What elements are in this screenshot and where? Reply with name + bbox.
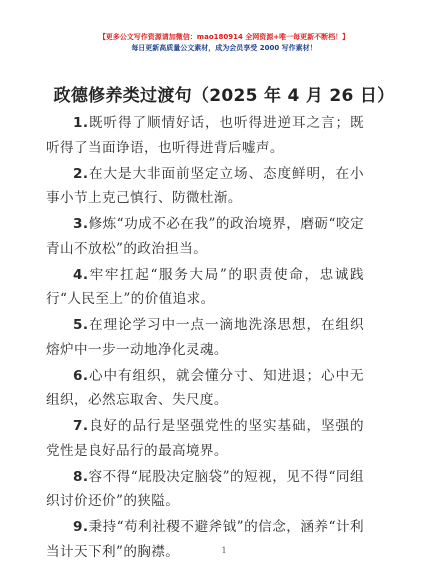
paragraph-7: 7.良好的品行是坚强党性的坚实基础，坚强的党性是良好品行的最高境界。 <box>46 414 364 463</box>
paragraph-number: 1. <box>73 115 88 131</box>
paragraph-1: 1.既听得了顺情好话，也听得进逆耳之言；既听得了当面诤语，也听得进背后嘘声。 <box>46 111 364 160</box>
paragraph-text: 在理论学习中一点一滴地洗涤思想，在组织熔炉中一步一动地净化灵魂。 <box>46 317 364 358</box>
paragraph-number: 4. <box>73 267 88 283</box>
paragraph-text: 容不得“屁股决定脑袋”的短视，见不得“同组织讨价还价”的狭隘。 <box>46 469 364 510</box>
document-title: 政德修养类过渡句（2025 年 4 月 26 日） <box>0 81 448 106</box>
promo-header: 【更多公文写作资源请加微信：mao180914 全网资源+唯一每更新不断档！】 … <box>0 32 448 54</box>
paragraph-number: 3. <box>73 216 88 232</box>
paragraph-number: 7. <box>73 418 88 434</box>
paragraph-6: 6.心中有组织，就会懂分寸、知进退；心中无组织，必然忘取舍、失尺度。 <box>46 364 364 413</box>
paragraph-8: 8.容不得“屁股决定脑袋”的短视，见不得“同组织讨价还价”的狭隘。 <box>46 465 364 514</box>
paragraph-number: 6. <box>73 368 88 384</box>
document-body: 1.既听得了顺情好话，也听得进逆耳之言；既听得了当面诤语，也听得进背后嘘声。 2… <box>46 111 364 566</box>
page-number: 1 <box>0 546 448 555</box>
paragraph-3: 3.修炼“功成不必在我”的政治境界，磨砺“咬定青山不放松”的政治担当。 <box>46 212 364 261</box>
paragraph-2: 2.在大是大非面前坚定立场、态度鲜明，在小事小节上克己慎行、防微杜渐。 <box>46 162 364 211</box>
promo-line-membership: 每日更新高质量公文素材，成为会员享受 2000 写作素材！ <box>0 43 448 54</box>
paragraph-number: 5. <box>73 317 88 333</box>
paragraph-5: 5.在理论学习中一点一滴地洗涤思想，在组织熔炉中一步一动地净化灵魂。 <box>46 313 364 362</box>
paragraph-text: 修炼“功成不必在我”的政治境界，磨砺“咬定青山不放松”的政治担当。 <box>46 216 364 257</box>
paragraph-text: 心中有组织，就会懂分寸、知进退；心中无组织，必然忘取舍、失尺度。 <box>46 368 364 409</box>
paragraph-4: 4.牢牢扛起“服务大局”的职责使命，忠诚践行“人民至上”的价值追求。 <box>46 263 364 312</box>
paragraph-number: 8. <box>73 469 88 485</box>
paragraph-text: 在大是大非面前坚定立场、态度鲜明，在小事小节上克己慎行、防微杜渐。 <box>46 166 364 207</box>
paragraph-number: 9. <box>73 519 88 535</box>
paragraph-text: 良好的品行是坚强党性的坚实基础，坚强的党性是良好品行的最高境界。 <box>46 418 364 459</box>
paragraph-number: 2. <box>73 166 88 182</box>
paragraph-text: 既听得了顺情好话，也听得进逆耳之言；既听得了当面诤语，也听得进背后嘘声。 <box>46 115 364 156</box>
paragraph-text: 牢牢扛起“服务大局”的职责使命，忠诚践行“人民至上”的价值追求。 <box>46 267 364 308</box>
paragraph-9: 9.秉持“苟利社稷不避斧钺”的信念，涵养“计利当计天下利”的胸襟。 <box>46 515 364 564</box>
promo-line-wechat: 【更多公文写作资源请加微信：mao180914 全网资源+唯一每更新不断档！】 <box>0 32 448 43</box>
